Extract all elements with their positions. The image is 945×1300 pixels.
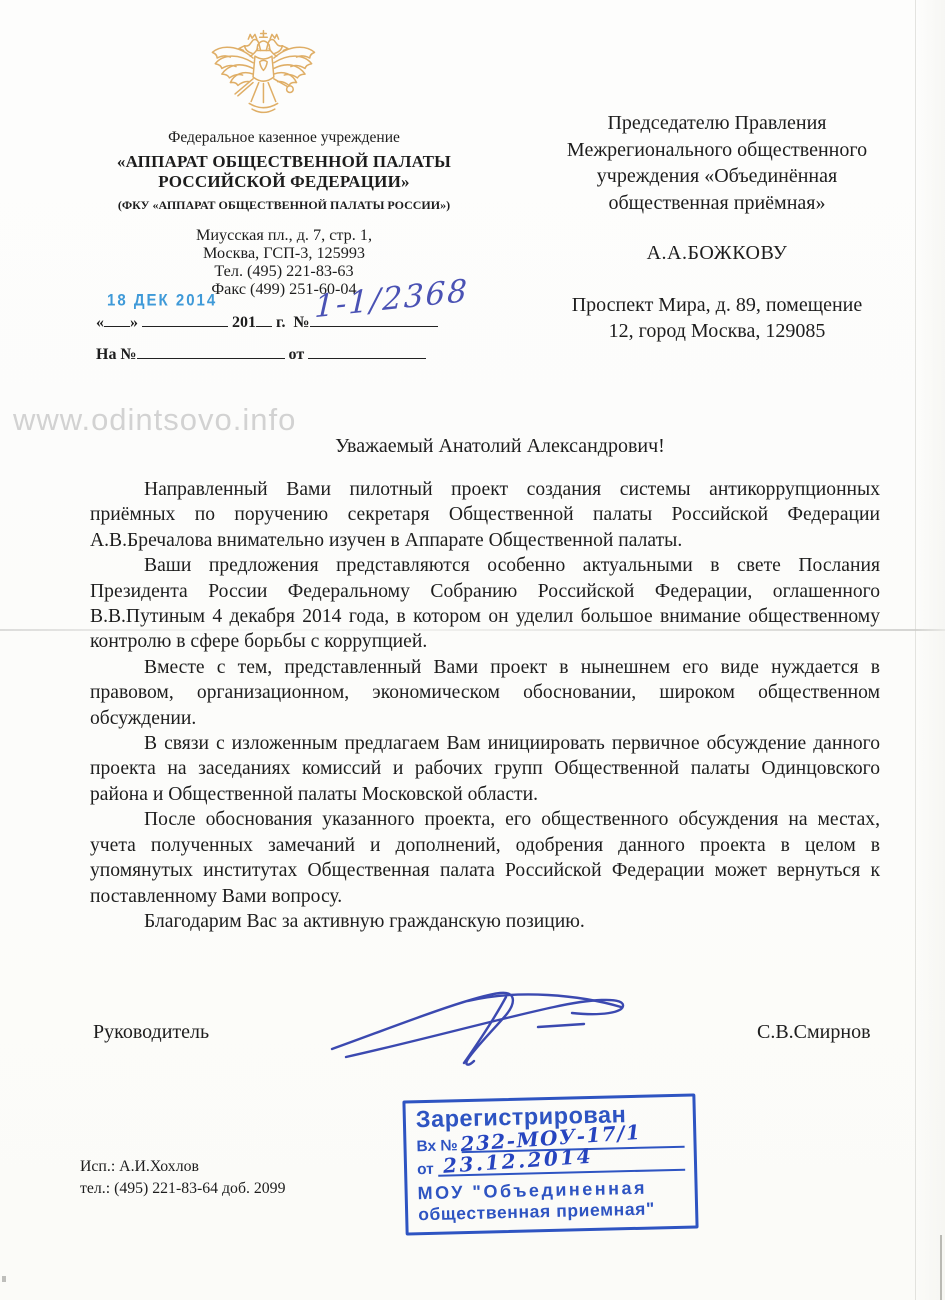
scan-speck <box>2 1276 6 1282</box>
signature-scribble <box>318 983 648 1073</box>
org-address-line2: Москва, ГСП-3, 125993 <box>88 244 480 262</box>
signer-name: С.В.Смирнов <box>757 1021 871 1044</box>
org-type: Федеральное казенное учреждение <box>88 129 480 147</box>
paragraph: Благодарим Вас за активную гражданскую п… <box>90 909 880 934</box>
registration-stamp: Зарегистрирован Вх № 232-МОУ-17/1 от 23.… <box>402 1093 698 1235</box>
date-day-blank <box>104 313 130 327</box>
quote-close: » <box>130 314 138 331</box>
site-watermark: www.odintsovo.info <box>13 402 296 438</box>
year-suffix: г. <box>276 314 285 331</box>
scan-edge-dark-mark <box>940 1235 942 1300</box>
org-name-line1: «АППАРАТ ОБЩЕСТВЕННОЙ ПАЛАТЫ <box>88 152 480 172</box>
recipient-address-line1: Проспект Мира, д. 89, помещение <box>523 292 911 319</box>
paragraph: Направленный Вами пилотный проект создан… <box>90 477 880 553</box>
org-address-line1: Миусская пл., д. 7, стр. 1, <box>88 226 480 244</box>
recipient-block: Председателю Правления Межрегионального … <box>523 110 911 345</box>
org-name: «АППАРАТ ОБЩЕСТВЕННОЙ ПАЛАТЫ РОССИЙСКОЙ … <box>88 152 480 191</box>
org-short-name: (ФКУ «АППАРАТ ОБЩЕСТВЕННОЙ ПАЛАТЫ РОССИИ… <box>88 198 480 213</box>
recipient-name: А.А.БОЖКОВУ <box>523 240 911 267</box>
paragraph: В связи с изложенным предлагаем Вам иниц… <box>90 731 880 807</box>
recipient-title-line2: Межрегионального общественного <box>523 137 911 164</box>
signer-position: Руководитель <box>93 1021 209 1044</box>
recipient-address: Проспект Мира, д. 89, помещение 12, горо… <box>523 292 911 345</box>
scan-edge-shade <box>916 0 945 1300</box>
ref-number-blank <box>137 345 285 359</box>
incoming-date-stamp: 18 ДЕК 2014 <box>107 291 217 310</box>
salutation: Уважаемый Анатолий Александрович! <box>100 435 900 458</box>
ref-date-blank <box>308 345 426 359</box>
paragraph: Ваши предложения представляются особенно… <box>90 553 880 655</box>
letterhead: Федеральное казенное учреждение «АППАРАТ… <box>88 129 480 298</box>
recipient-title-line4: общественная приёмная» <box>523 190 911 217</box>
stamp-date-row: от 23.12.2014 <box>417 1150 685 1180</box>
coat-of-arms-icon <box>205 24 320 133</box>
org-name-line2: РОССИЙСКОЙ ФЕДЕРАЦИИ» <box>88 172 480 192</box>
recipient-title-line1: Председателю Правления <box>523 110 911 137</box>
recipient-title-line3: учреждения «Объединённая <box>523 163 911 190</box>
paragraph: После обоснования указанного проекта, ег… <box>90 807 880 909</box>
letter-body: Направленный Вами пилотный проект создан… <box>90 477 880 934</box>
quote-open: « <box>96 314 104 331</box>
reference-line: На № от <box>96 345 426 364</box>
number-sign: № <box>293 314 309 331</box>
ref-from-label: от <box>289 346 305 363</box>
ref-label: На № <box>96 346 137 363</box>
stamp-from-label: от <box>417 1161 434 1179</box>
date-month-blank <box>142 313 228 327</box>
recipient-address-line2: 12, город Москва, 129085 <box>523 318 911 345</box>
year-blank <box>256 313 272 327</box>
paragraph: Вместе с тем, представленный Вами проект… <box>90 655 880 731</box>
executor-name: Исп.: А.И.Хохлов <box>80 1156 285 1178</box>
executor-block: Исп.: А.И.Хохлов тел.: (495) 221-83-64 д… <box>80 1156 285 1200</box>
year-prefix: 201 <box>232 314 256 331</box>
executor-phone: тел.: (495) 221-83-64 доб. 2099 <box>80 1178 285 1200</box>
